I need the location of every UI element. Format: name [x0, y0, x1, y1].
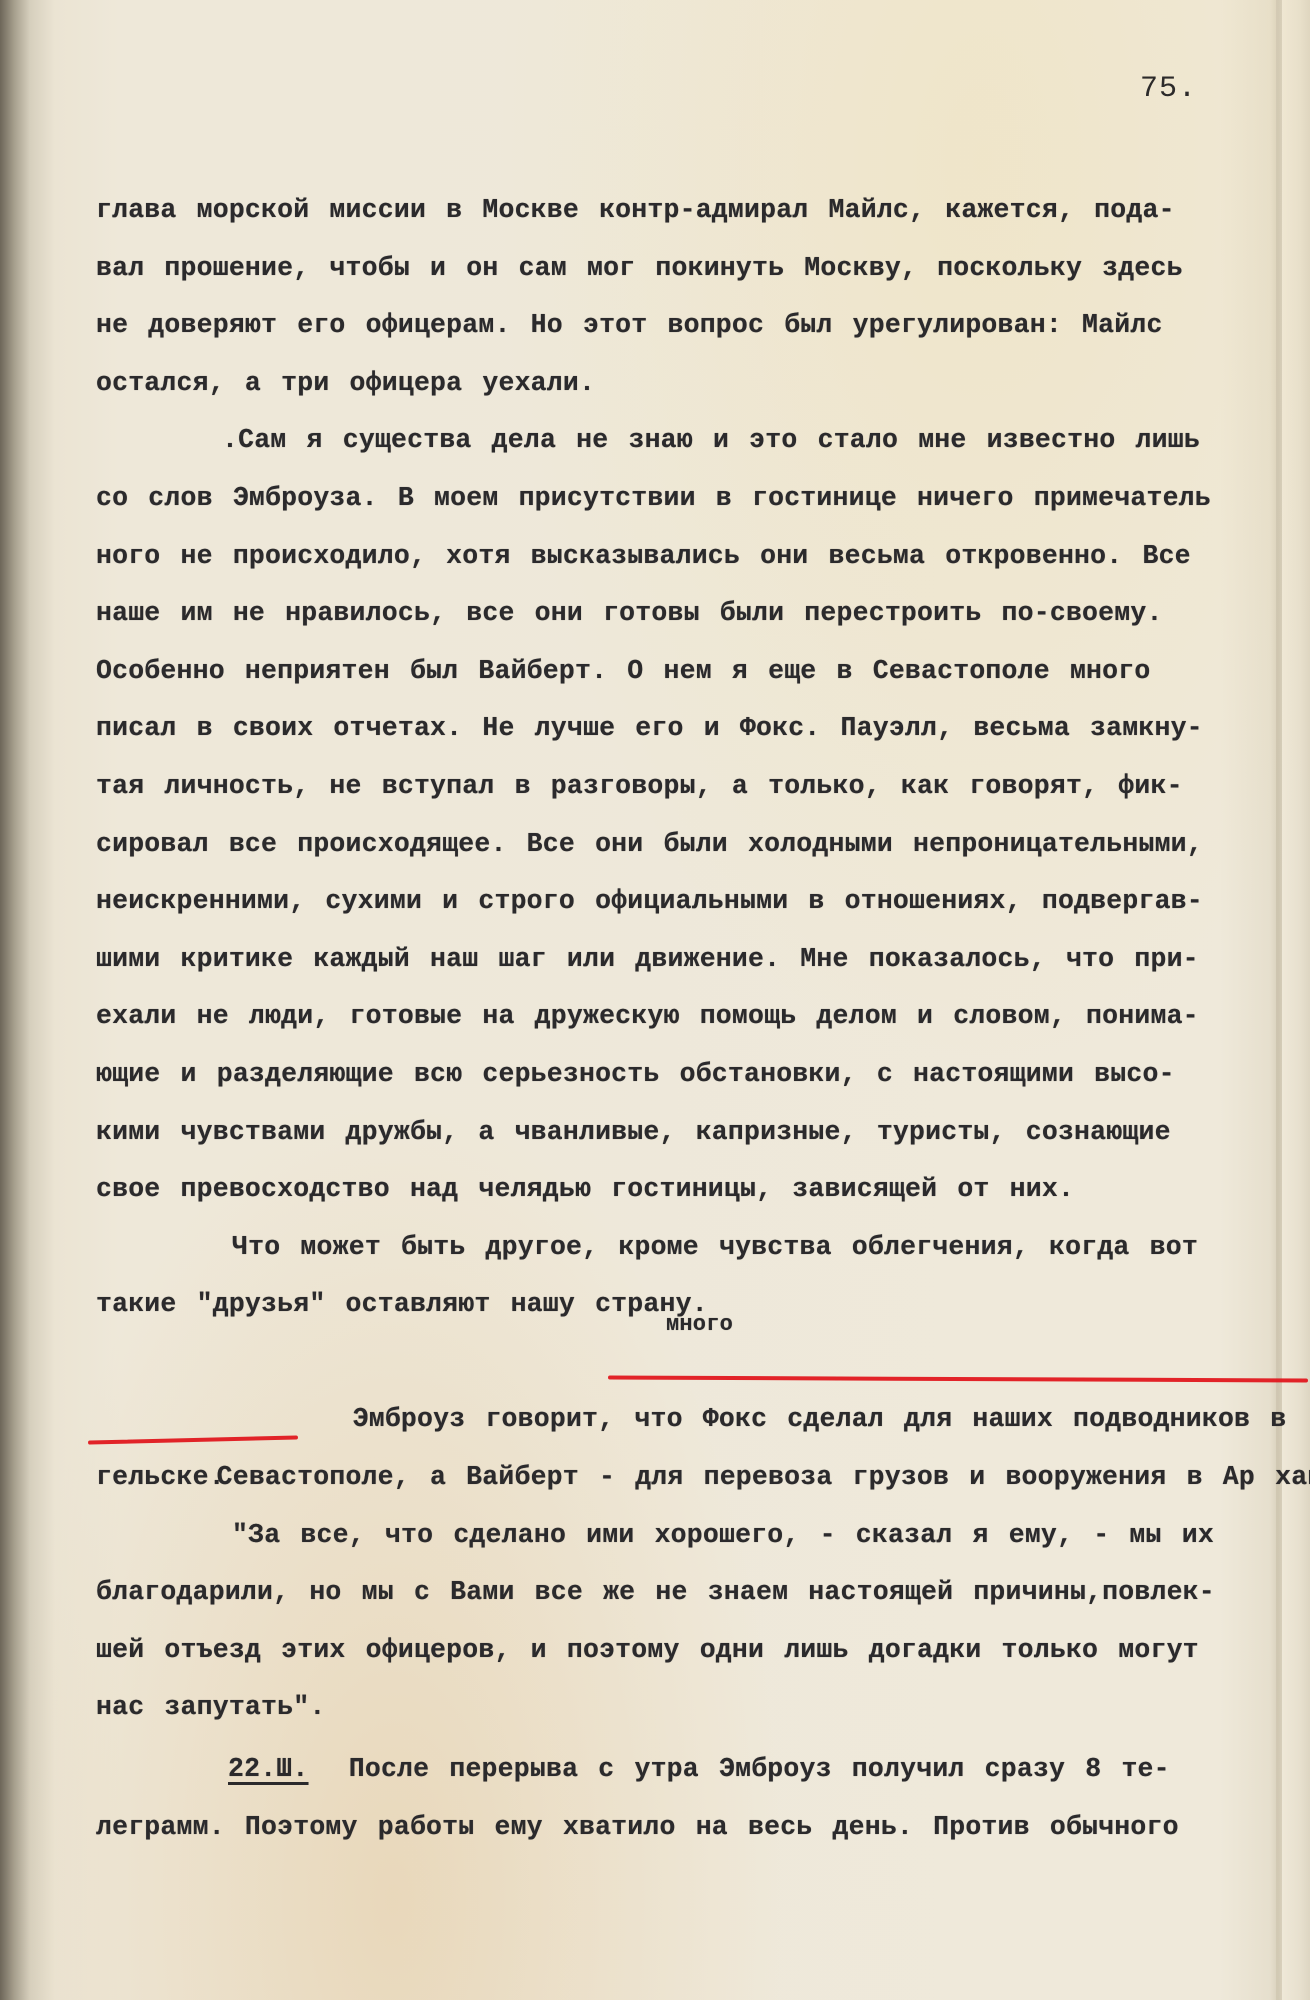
text-line: ного не происходило, хотя высказывались … [96, 528, 1276, 586]
text-line: благодарили, но мы с Вами все же не знае… [96, 1564, 1276, 1622]
text-line: Особенно неприятен был Вайберт. О нем я … [96, 643, 1276, 701]
red-pencil-underline [608, 1375, 1308, 1382]
text-line: шей отъезд этих офицеров, и поэтому одни… [96, 1622, 1276, 1680]
text-line: шими критике каждый наш шаг или движение… [96, 931, 1276, 989]
annotated-line: Севастополе, а Вайберт - для перевоза гр… [96, 1391, 1276, 1449]
text-line: леграмм. Поэтому работы ему хватило на в… [96, 1799, 1276, 1857]
text-line: остался, а три офицера уехали. [96, 355, 1276, 413]
text-line: нас запутать". [96, 1679, 1276, 1737]
text-line: вал прошение, чтобы и он сам мог покинут… [96, 240, 1276, 298]
page-number: 75. [1140, 72, 1197, 106]
text-line: со слов Эмброуза. В моем присутствии в г… [96, 470, 1276, 528]
text-line: неискренними, сухими и строго официальны… [96, 873, 1276, 931]
dated-entry-line: 22.Ш. После перерыва с утра Эмброуз полу… [96, 1741, 1276, 1799]
text-line: ющие и разделяющие всю серьезность обста… [96, 1046, 1276, 1104]
date-marker: 22.Ш. [228, 1754, 309, 1784]
text-line: .Сам я существа дела не знаю и это стало… [96, 412, 1276, 470]
text-line: наше им не нравилось, все они готовы был… [96, 585, 1276, 643]
text-line: кими чувствами дружбы, а чванливые, капр… [96, 1104, 1276, 1162]
text-line: Что может быть другое, кроме чувства обл… [96, 1219, 1276, 1277]
red-pencil-underline [88, 1436, 298, 1445]
text-line: гельске. [96, 1449, 1276, 1507]
page-edge [1276, 0, 1282, 2000]
text-line: После перерыва с утра Эмброуз получил ср… [349, 1754, 1170, 1784]
typewritten-text: глава морской миссии в Москве контр-адми… [96, 182, 1276, 1856]
annotated-line: Эмброуз говорит, что Фокс сделал для наш… [96, 1334, 1276, 1392]
text-line: свое превосходство над челядью гостиницы… [96, 1161, 1276, 1219]
handwritten-insert: много [666, 1314, 733, 1336]
text-line: сировал все происходящее. Все они были х… [96, 816, 1276, 874]
text-line: "За все, что сделано ими хорошего, - ска… [96, 1507, 1276, 1565]
document-page: 75. глава морской миссии в Москве контр-… [0, 0, 1310, 2000]
text-line: писал в своих отчетах. Не лучше его и Фо… [96, 700, 1276, 758]
text-line: тая личность, не вступал в разговоры, а … [96, 758, 1276, 816]
text-line: глава морской миссии в Москве контр-адми… [96, 182, 1276, 240]
text-line: ехали не люди, готовые на дружескую помо… [96, 988, 1276, 1046]
text-line: не доверяют его офицерам. Но этот вопрос… [96, 297, 1276, 355]
